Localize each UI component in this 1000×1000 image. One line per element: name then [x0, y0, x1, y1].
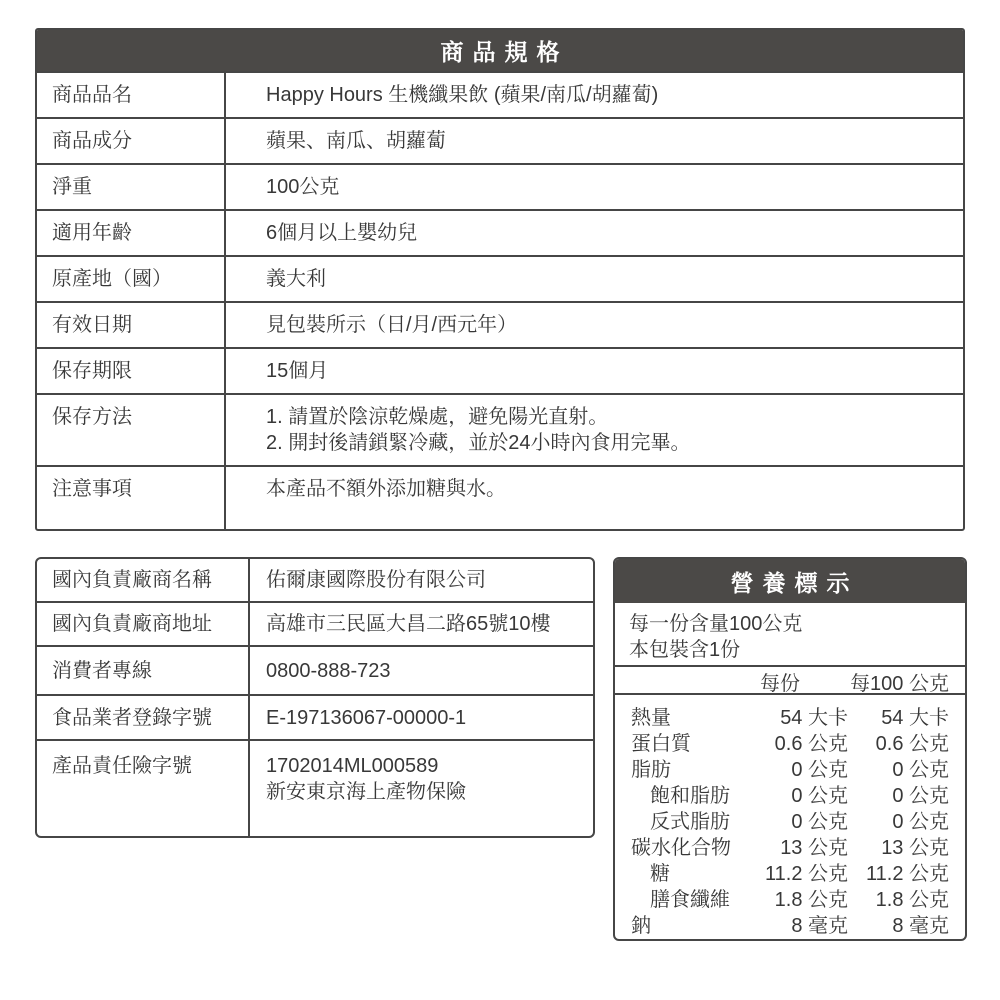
vendor-value: E-197136067-00000-1 — [248, 696, 593, 739]
spec-row-product-name: 商品品名 Happy Hours 生機纖果飲 (蘋果/南瓜/胡蘿蔔) — [37, 71, 963, 117]
spec-value: 100公克 — [224, 165, 963, 209]
spec-label: 注意事項 — [37, 467, 224, 529]
product-spec-sheet: 商品規格 商品品名 Happy Hours 生機纖果飲 (蘋果/南瓜/胡蘿蔔) … — [0, 0, 1000, 1000]
nutrition-row-sodium: 鈉 8 毫克 8 毫克 — [615, 909, 949, 935]
spec-row-ingredients: 商品成分 蘋果、南瓜、胡蘿蔔 — [37, 117, 963, 163]
insurance-company: 新安東京海上產物保險 — [266, 779, 585, 805]
vendor-label: 產品責任險字號 — [37, 741, 248, 836]
vendor-value: 0800-888-723 — [248, 647, 593, 694]
spec-value: 6個月以上嬰幼兒 — [224, 211, 963, 255]
spec-table-title: 商品規格 — [37, 30, 963, 71]
spec-row-origin-country: 原產地（國） 義大利 — [37, 255, 963, 301]
servings-per-package-line: 本包裝含1份 — [629, 637, 951, 663]
spec-label: 適用年齡 — [37, 211, 224, 255]
spec-value: 本產品不額外添加糖與水。 — [224, 467, 963, 529]
spec-value: 義大利 — [224, 257, 963, 301]
storage-line-2: 2. 開封後請鎖緊冷藏，並於24小時內食用完畢。 — [266, 430, 953, 456]
spec-row-shelf-life: 保存期限 15個月 — [37, 347, 963, 393]
vendor-row-consumer-hotline: 消費者專線 0800-888-723 — [37, 645, 593, 694]
spec-row-storage-method: 保存方法 1. 請置於陰涼乾燥處，避免陽光直射。 2. 開封後請鎖緊冷藏，並於2… — [37, 393, 963, 465]
nutrition-row-sugar: 糖 11.2 公克 11.2 公克 — [615, 857, 949, 883]
insurance-number: 1702014ML000589 — [266, 753, 585, 779]
spec-row-notice: 注意事項 本產品不額外添加糖與水。 — [37, 465, 963, 529]
nutrition-title: 營養標示 — [615, 559, 965, 603]
spec-value: Happy Hours 生機纖果飲 (蘋果/南瓜/胡蘿蔔) — [224, 73, 963, 117]
product-spec-table: 商品規格 商品品名 Happy Hours 生機纖果飲 (蘋果/南瓜/胡蘿蔔) … — [35, 28, 965, 531]
vendor-label: 國內負責廠商名稱 — [37, 559, 248, 601]
spec-value: 見包裝所示（日/月/西元年） — [224, 303, 963, 347]
spec-value: 15個月 — [224, 349, 963, 393]
nutrition-row-saturated-fat: 飽和脂肪 0 公克 0 公克 — [615, 779, 949, 805]
spec-value: 蘋果、南瓜、胡蘿蔔 — [224, 119, 963, 163]
vendor-value: 佑爾康國際股份有限公司 — [248, 559, 593, 601]
nutrition-column-headers: 每份 每100 公克 — [615, 667, 965, 695]
vendor-label: 消費者專線 — [37, 647, 248, 694]
vendor-value: 高雄市三民區大昌二路65號10樓 — [248, 603, 593, 645]
nutrition-row-calories: 熱量 54 大卡 54 大卡 — [615, 701, 949, 727]
nutrition-serving-info: 每一份含量100公克 本包裝含1份 — [615, 603, 965, 667]
spec-label: 原產地（國） — [37, 257, 224, 301]
storage-line-1: 1. 請置於陰涼乾燥處，避免陽光直射。 — [266, 404, 953, 430]
col-header-per-serving: 每份 — [758, 667, 848, 696]
spec-label: 保存方法 — [37, 395, 224, 465]
nutrition-row-fat: 脂肪 0 公克 0 公克 — [615, 753, 949, 779]
vendor-info-table: 國內負責廠商名稱 佑爾康國際股份有限公司 國內負責廠商地址 高雄市三民區大昌二路… — [35, 557, 595, 838]
spec-label: 商品品名 — [37, 73, 224, 117]
vendor-row-company-name: 國內負責廠商名稱 佑爾康國際股份有限公司 — [37, 559, 593, 601]
nutrition-row-carbohydrate: 碳水化合物 13 公克 13 公克 — [615, 831, 949, 857]
spec-row-expiry-date: 有效日期 見包裝所示（日/月/西元年） — [37, 301, 963, 347]
spec-label: 淨重 — [37, 165, 224, 209]
col-header-per-100g: 每100 公克 — [848, 667, 949, 696]
spec-label: 有效日期 — [37, 303, 224, 347]
nutrition-row-dietary-fiber: 膳食纖維 1.8 公克 1.8 公克 — [615, 883, 949, 909]
spec-row-net-weight: 淨重 100公克 — [37, 163, 963, 209]
serving-size-line: 每一份含量100公克 — [629, 611, 951, 637]
spec-value: 1. 請置於陰涼乾燥處，避免陽光直射。 2. 開封後請鎖緊冷藏，並於24小時內食… — [224, 395, 963, 465]
vendor-row-food-registration-number: 食品業者登錄字號 E-197136067-00000-1 — [37, 694, 593, 739]
vendor-row-company-address: 國內負責廠商地址 高雄市三民區大昌二路65號10樓 — [37, 601, 593, 645]
spec-label: 商品成分 — [37, 119, 224, 163]
vendor-label: 國內負責廠商地址 — [37, 603, 248, 645]
nutrition-facts-panel: 營養標示 每一份含量100公克 本包裝含1份 每份 每100 公克 熱量 54 … — [613, 557, 967, 941]
nutrition-body: 熱量 54 大卡 54 大卡 蛋白質 0.6 公克 0.6 公克 脂肪 0 公克… — [615, 695, 965, 939]
vendor-value: 1702014ML000589 新安東京海上產物保險 — [248, 741, 593, 836]
nutrition-row-trans-fat: 反式脂肪 0 公克 0 公克 — [615, 805, 949, 831]
spec-row-age-range: 適用年齡 6個月以上嬰幼兒 — [37, 209, 963, 255]
vendor-label: 食品業者登錄字號 — [37, 696, 248, 739]
nutrition-row-protein: 蛋白質 0.6 公克 0.6 公克 — [615, 727, 949, 753]
spec-label: 保存期限 — [37, 349, 224, 393]
vendor-row-liability-insurance: 產品責任險字號 1702014ML000589 新安東京海上產物保險 — [37, 739, 593, 836]
